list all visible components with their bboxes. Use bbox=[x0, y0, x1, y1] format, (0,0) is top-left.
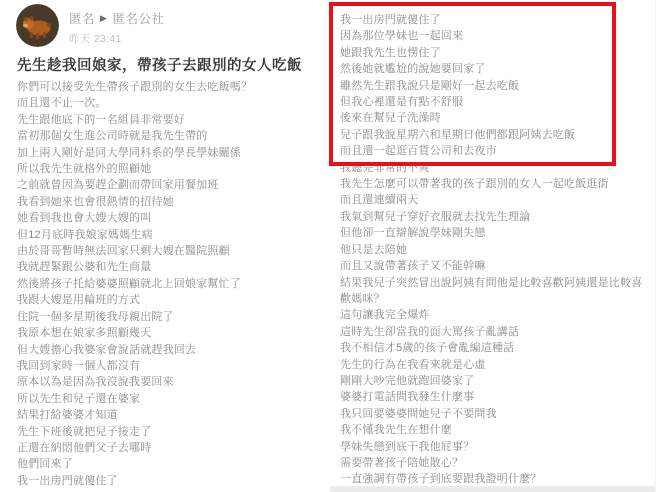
text-line: 結果我兒子突然冒出說阿姨有問他是比較喜歡阿姨還是比較喜歡媽咪？ bbox=[340, 275, 650, 308]
text-line: 然後將孩子托給婆婆照顧就北上回娘家幫忙了 bbox=[17, 276, 325, 292]
text-line: 這句讓我完全爆炸 bbox=[340, 307, 650, 323]
avatar[interactable] bbox=[16, 4, 59, 47]
text-line: 兒子跟我說星期六和星期日他們都跟阿姨去吃飯 bbox=[340, 127, 650, 143]
text-line: 由於哥哥暫時無法回家只剩大嫂在醫院照顧 bbox=[17, 243, 325, 259]
text-line: 而且還連續兩天 bbox=[340, 192, 650, 208]
text-line: 我看到她來也會很熱情的招待她 bbox=[17, 194, 325, 210]
text-line: 雖然先生跟我說只是剛好一起去吃飯 bbox=[340, 78, 650, 94]
text-line: 這時先生卻當我的面大罵孩子亂講話 bbox=[340, 324, 650, 340]
text-line: 我就趕緊跟公婆和先生商量 bbox=[17, 259, 325, 275]
text-line: 之前就曾因為要趕企劃而帶回家用餐加班 bbox=[17, 177, 325, 193]
text-line: 我回到家時一個人都沒有 bbox=[17, 358, 325, 374]
text-line: 我只回要婆婆問她兒子不要問我 bbox=[340, 406, 650, 422]
text-line: 而且還一起逛百貨公司和去夜市 bbox=[340, 143, 650, 159]
text-line: 所以先生和兒子還在婆家 bbox=[17, 391, 325, 407]
left-text-lines: 你們可以接受先生帶孩子跟別的女生去吃飯嗎？而且還不止一次。先生跟他底下的一名組員… bbox=[17, 79, 325, 489]
text-line: 正還在納悶他們父子去哪時 bbox=[17, 440, 325, 456]
bottom-edge-strip bbox=[330, 486, 656, 492]
text-line: 她看到我也會大嫂大嫂的叫 bbox=[17, 210, 325, 226]
text-line: 剛剛大吵完他就跑回婆家了 bbox=[340, 373, 650, 389]
right-text-lines-boxed: 我一出房門就傻住了因為那位學妹也一起回來她跟我先生也愣住了然後她就尷尬的說她要回… bbox=[340, 12, 650, 176]
text-line: 我一出房門就傻住了 bbox=[17, 473, 325, 489]
text-line: 然後她就尷尬的說她要回家了 bbox=[340, 61, 650, 77]
text-line: 我不相信才5歲的孩子會亂編這種話 bbox=[340, 340, 650, 356]
text-line: 他只是去陪她 bbox=[340, 242, 650, 258]
text-line: 所以我先生就格外的照顧她 bbox=[17, 161, 325, 177]
text-line: 先生下班後就把兒子接走了 bbox=[17, 424, 325, 440]
text-line: 你們可以接受先生帶孩子跟別的女生去吃飯嗎？ bbox=[17, 79, 325, 95]
text-line: 需要帶著孩子陪她散心？ bbox=[340, 455, 650, 471]
text-line: 結果打給婆婆才知道 bbox=[17, 407, 325, 423]
post-card: 匿名 ▶ 匿名公社 昨天 23:41 先生趁我回娘家，帶孩子去跟別的女人吃飯 你… bbox=[0, 0, 656, 492]
text-line: 原本以為是因為我沒說我要回來 bbox=[17, 374, 325, 390]
post-title: 先生趁我回娘家，帶孩子去跟別的女人吃飯 bbox=[17, 56, 325, 76]
text-line: 因為那位學妹也一起回來 bbox=[340, 28, 650, 44]
text-line: 學妹失戀到底干我他屁事？ bbox=[340, 439, 650, 455]
right-text-lines-after: 我先生怎麼可以帶著我的孩子跟別的女人一起吃飯逛街而且還連續兩天我氣到幫兒子穿好衣… bbox=[340, 176, 650, 488]
post-body-right-column: 我一出房門就傻住了因為那位學妹也一起回來她跟我先生也愣住了然後她就尷尬的說她要回… bbox=[340, 12, 650, 488]
post-body-left-column: 先生趁我回娘家，帶孩子去跟別的女人吃飯 你們可以接受先生帶孩子跟別的女生去吃飯嗎… bbox=[17, 56, 325, 489]
bear-icon bbox=[16, 4, 59, 47]
text-line: 後來在幫兒子洗澡時 bbox=[340, 110, 650, 126]
text-line: 她跟我先生也愣住了 bbox=[340, 45, 650, 61]
author-name[interactable]: 匿名 bbox=[69, 9, 95, 27]
post-header: 匿名 ▶ 匿名公社 昨天 23:41 bbox=[16, 4, 164, 47]
timestamp: 昨天 23:41 bbox=[69, 31, 164, 46]
text-line: 我氣到幫兒子穿好衣服就去找先生理論 bbox=[340, 209, 650, 225]
text-line: 婆婆打電話問我發生什麼事 bbox=[340, 389, 650, 405]
text-line: 住院一個多星期後我母親出院了 bbox=[17, 309, 325, 325]
text-line: 我跟大嫂是用輪班的方式 bbox=[17, 292, 325, 308]
text-line: 我一出房門就傻住了 bbox=[340, 12, 650, 28]
text-line: 而且還不止一次。 bbox=[17, 95, 325, 111]
arrow-icon: ▶ bbox=[100, 13, 107, 24]
text-line: 我不懂我先生在想什麼 bbox=[340, 422, 650, 438]
text-line: 加上兩人剛好是同大學同科系的學長學妹關係 bbox=[17, 145, 325, 161]
text-line: 當初那個女生進公司時就是我先生帶的 bbox=[17, 128, 325, 144]
text-line: 但我心裡還是有點不舒服 bbox=[340, 94, 650, 110]
text-line: 但大嫂擔心我婆家會說話就趕我回去 bbox=[17, 342, 325, 358]
text-line: 先生的行為在我看來就是心虛 bbox=[340, 357, 650, 373]
group-name[interactable]: 匿名公社 bbox=[112, 9, 164, 27]
text-line: 但他卻一直辯解說學妹剛失戀 bbox=[340, 225, 650, 241]
text-line: 他們回來了 bbox=[17, 456, 325, 472]
text-line: 我聽完非常的不爽 bbox=[340, 160, 650, 176]
text-line: 而且又說帶著孩子又不能幹嘛 bbox=[340, 258, 650, 274]
text-line: 先生跟他底下的一名組員非常要好 bbox=[17, 112, 325, 128]
text-line: 但12月底時我娘家媽媽生病 bbox=[17, 227, 325, 243]
header-meta: 匿名 ▶ 匿名公社 昨天 23:41 bbox=[69, 4, 164, 46]
text-line: 我先生怎麼可以帶著我的孩子跟別的女人一起吃飯逛街 bbox=[340, 176, 650, 192]
text-line: 我原本想在娘家多照顧幾天 bbox=[17, 325, 325, 341]
